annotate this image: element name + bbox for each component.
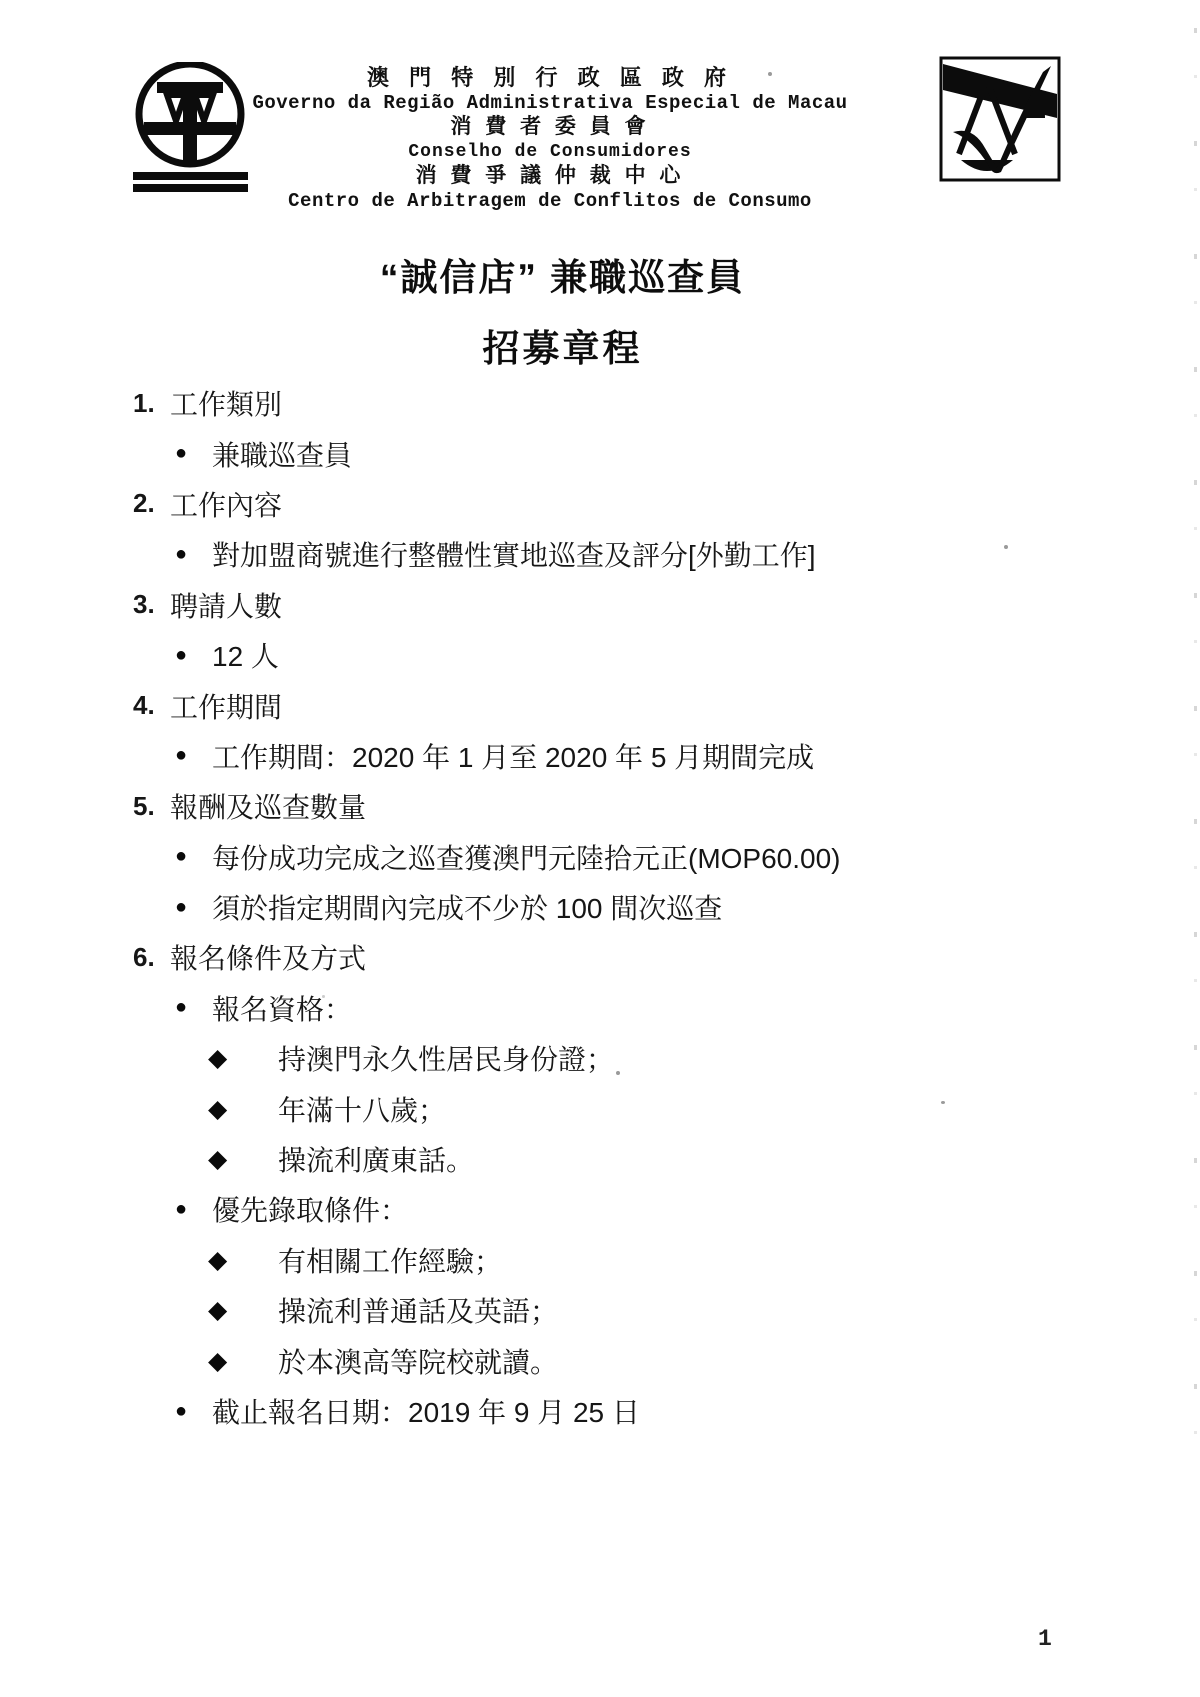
list-item: ● 工作期間：2020 年 1 月至 2020 年 5 月期間完成 xyxy=(133,731,1080,781)
list-item-text: 截止報名日期：2019 年 9 月 25 日 xyxy=(212,1391,640,1431)
section-title: 聘請人數 xyxy=(170,585,282,625)
list-item: ● 報名資格： xyxy=(133,983,1080,1033)
list-item-text: 報名資格： xyxy=(212,988,352,1028)
list-subitem: ◆ 操流利廣東話。 xyxy=(133,1134,1080,1184)
list-item-text: 操流利普通話及英語； xyxy=(278,1290,558,1330)
section-number: 1. xyxy=(133,388,170,419)
section-number: 6. xyxy=(133,942,170,973)
list-subitem: ◆ 操流利普通話及英語； xyxy=(133,1285,1080,1335)
section-5-heading: 5. 報酬及巡查數量 xyxy=(133,781,1080,831)
list-item-text: 有相關工作經驗； xyxy=(278,1240,502,1280)
list-item-text: 持澳門永久性居民身份證； xyxy=(278,1038,614,1078)
section-title: 工作類別 xyxy=(170,383,282,423)
bullet-icon: ● xyxy=(175,442,212,465)
scan-speck xyxy=(1004,545,1008,549)
section-1-heading: 1. 工作類別 xyxy=(133,378,1080,428)
letterhead-line-gov-zh: 澳 門 特 別 行 政 區 政 府 xyxy=(0,66,1100,91)
list-item-text: 於本澳高等院校就讀。 xyxy=(278,1341,558,1381)
letterhead-line-council-zh: 消 費 者 委 員 會 xyxy=(0,115,1100,140)
list-subitem: ◆ 於本澳高等院校就讀。 xyxy=(133,1335,1080,1385)
list-item: ● 須於指定期間內完成不少於 100 間次巡查 xyxy=(133,882,1080,932)
bullet-icon: ● xyxy=(175,744,212,767)
list-item-text: 操流利廣東話。 xyxy=(278,1139,474,1179)
list-item-text: 對加盟商號進行整體性實地巡查及評分[外勤工作] xyxy=(212,534,816,574)
list-subitem: ◆ 年滿十八歲； xyxy=(133,1083,1080,1133)
section-number: 4. xyxy=(133,690,170,721)
bullet-icon: ● xyxy=(175,1400,212,1423)
scan-speck xyxy=(941,1101,945,1104)
bullet-icon: ● xyxy=(175,845,212,868)
list-item-text: 兼職巡查員 xyxy=(212,434,352,474)
document-title: “誠信店” 兼職巡查員 xyxy=(0,247,1125,301)
scan-speck xyxy=(322,995,325,998)
section-title: 報酬及巡查數量 xyxy=(170,786,366,826)
diamond-icon: ◆ xyxy=(208,1346,278,1376)
list-item: ● 優先錄取條件： xyxy=(133,1184,1080,1234)
list-item-text: 須於指定期間內完成不少於 100 間次巡查 xyxy=(212,887,722,927)
list-item-text: 12 人 xyxy=(212,635,279,675)
list-item: ● 截止報名日期：2019 年 9 月 25 日 xyxy=(133,1386,1080,1436)
diamond-icon: ◆ xyxy=(208,1295,278,1325)
section-6-heading: 6. 報名條件及方式 xyxy=(133,932,1080,982)
arbitration-centre-logo xyxy=(939,56,1061,182)
list-item-text: 工作期間：2020 年 1 月至 2020 年 5 月期間完成 xyxy=(212,736,814,776)
page-number: 1 xyxy=(1038,1626,1052,1652)
diamond-icon: ◆ xyxy=(208,1245,278,1275)
bullet-icon: ● xyxy=(175,644,212,667)
section-2-heading: 2. 工作內容 xyxy=(133,479,1080,529)
section-number: 5. xyxy=(133,791,170,822)
letterhead-line-council-pt: Conselho de Consumidores xyxy=(0,140,1100,165)
list-item: ● 對加盟商號進行整體性實地巡查及評分[外勤工作] xyxy=(133,529,1080,579)
list-subitem: ◆ 有相關工作經驗； xyxy=(133,1235,1080,1285)
list-item: ● 兼職巡查員 xyxy=(133,428,1080,478)
list-item-text: 每份成功完成之巡查獲澳門元陸拾元正(MOP60.00) xyxy=(212,837,841,877)
letterhead-line-gov-pt: Governo da Região Administrativa Especia… xyxy=(0,91,1100,116)
bullet-icon: ● xyxy=(175,896,212,919)
scan-edge-artifact xyxy=(1194,28,1197,1458)
scan-speck xyxy=(768,72,772,76)
diamond-icon: ◆ xyxy=(208,1094,278,1124)
document-body: 1. 工作類別 ● 兼職巡查員 2. 工作內容 ● 對加盟商號進行整體性實地巡查… xyxy=(133,378,1080,1436)
list-item-text: 優先錄取條件： xyxy=(212,1189,408,1229)
document-page: 澳 門 特 別 行 政 區 政 府 Governo da Região Admi… xyxy=(0,0,1200,1697)
diamond-icon: ◆ xyxy=(208,1144,278,1174)
section-3-heading: 3. 聘請人數 xyxy=(133,580,1080,630)
bullet-icon: ● xyxy=(175,996,212,1019)
list-item: ● 每份成功完成之巡查獲澳門元陸拾元正(MOP60.00) xyxy=(133,832,1080,882)
letterhead-line-arbitration-zh: 消 費 爭 議 仲 裁 中 心 xyxy=(0,164,1100,189)
letterhead: 澳 門 特 別 行 政 區 政 府 Governo da Região Admi… xyxy=(0,66,1100,213)
bullet-icon: ● xyxy=(175,543,212,566)
list-item: ● 12 人 xyxy=(133,630,1080,680)
section-4-heading: 4. 工作期間 xyxy=(133,680,1080,730)
bullet-icon: ● xyxy=(175,1198,212,1221)
section-title: 工作期間 xyxy=(170,686,282,726)
letterhead-line-arbitration-pt: Centro de Arbitragem de Conflitos de Con… xyxy=(0,189,1100,214)
section-title: 報名條件及方式 xyxy=(170,937,366,977)
scan-speck xyxy=(616,1071,620,1075)
list-subitem: ◆ 持澳門永久性居民身份證； xyxy=(133,1033,1080,1083)
document-subtitle: 招募章程 xyxy=(0,318,1125,372)
section-number: 3. xyxy=(133,589,170,620)
section-title: 工作內容 xyxy=(170,484,282,524)
list-item-text: 年滿十八歲； xyxy=(278,1089,446,1129)
diamond-icon: ◆ xyxy=(208,1043,278,1073)
section-number: 2. xyxy=(133,488,170,519)
